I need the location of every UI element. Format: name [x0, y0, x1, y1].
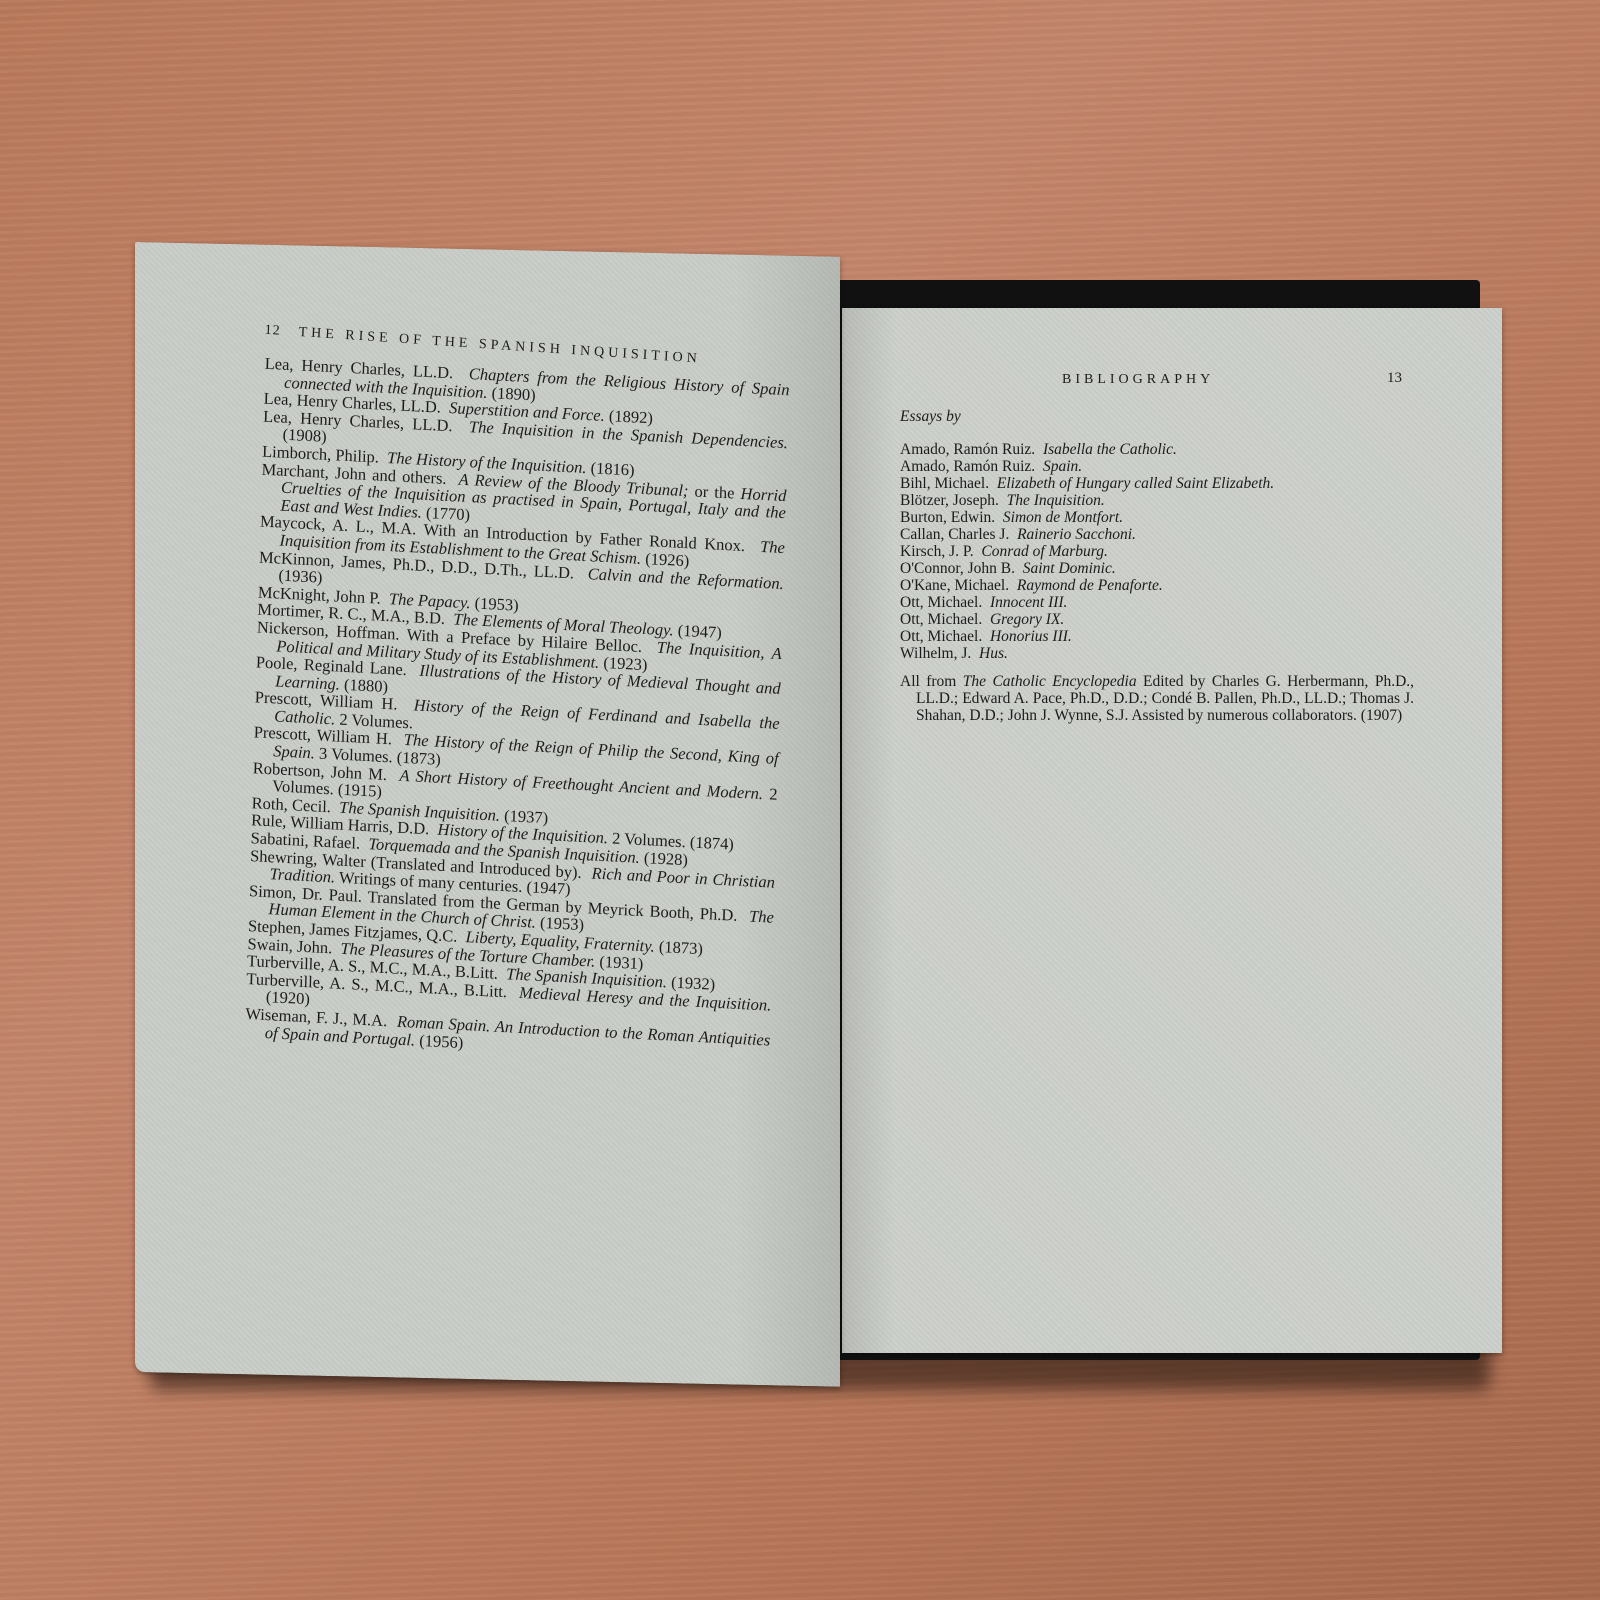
- page-number-right: 13: [1387, 370, 1402, 387]
- page-number-left: 12: [264, 323, 281, 339]
- essay-entry: O'Kane, Michael. Raymond de Penaforte.: [900, 577, 1400, 594]
- bibliography-entries: Lea, Henry Charles, LL.D. Chapters from …: [245, 355, 790, 1067]
- essay-entry: Kirsch, J. P. Conrad of Marburg.: [900, 543, 1400, 560]
- essay-entry: Burton, Edwin. Simon de Montfort.: [900, 509, 1400, 526]
- essays-label: Essays by: [900, 408, 961, 426]
- essay-entry: O'Connor, John B. Saint Dominic.: [900, 560, 1400, 577]
- left-page: 12THE RISE OF THE SPANISH INQUISITION Le…: [135, 242, 840, 1387]
- right-page: BIBLIOGRAPHY 13 Essays by Amado, Ramón R…: [842, 308, 1502, 1353]
- essay-entry: Ott, Michael. Innocent III.: [900, 594, 1400, 611]
- essay-entry: Callan, Charles J. Rainerio Sacchoni.: [900, 526, 1400, 543]
- running-head-right: BIBLIOGRAPHY: [1062, 372, 1214, 388]
- source-note: All from The Catholic Encyclopedia Edite…: [900, 673, 1414, 724]
- essay-entry: Wilhelm, J. Hus.: [900, 645, 1400, 662]
- essay-entry: Amado, Ramón Ruiz. Isabella the Catholic…: [900, 441, 1400, 458]
- essays-list: Amado, Ramón Ruiz. Isabella the Catholic…: [900, 441, 1400, 662]
- essay-entry: Amado, Ramón Ruiz. Spain.: [900, 458, 1400, 475]
- essay-entry: Blötzer, Joseph. The Inquisition.: [900, 492, 1400, 509]
- essay-entry: Ott, Michael. Honorius III.: [900, 628, 1400, 645]
- essay-entry: Ott, Michael. Gregory IX.: [900, 611, 1400, 628]
- essay-entry: Bihl, Michael. Elizabeth of Hungary call…: [900, 475, 1400, 492]
